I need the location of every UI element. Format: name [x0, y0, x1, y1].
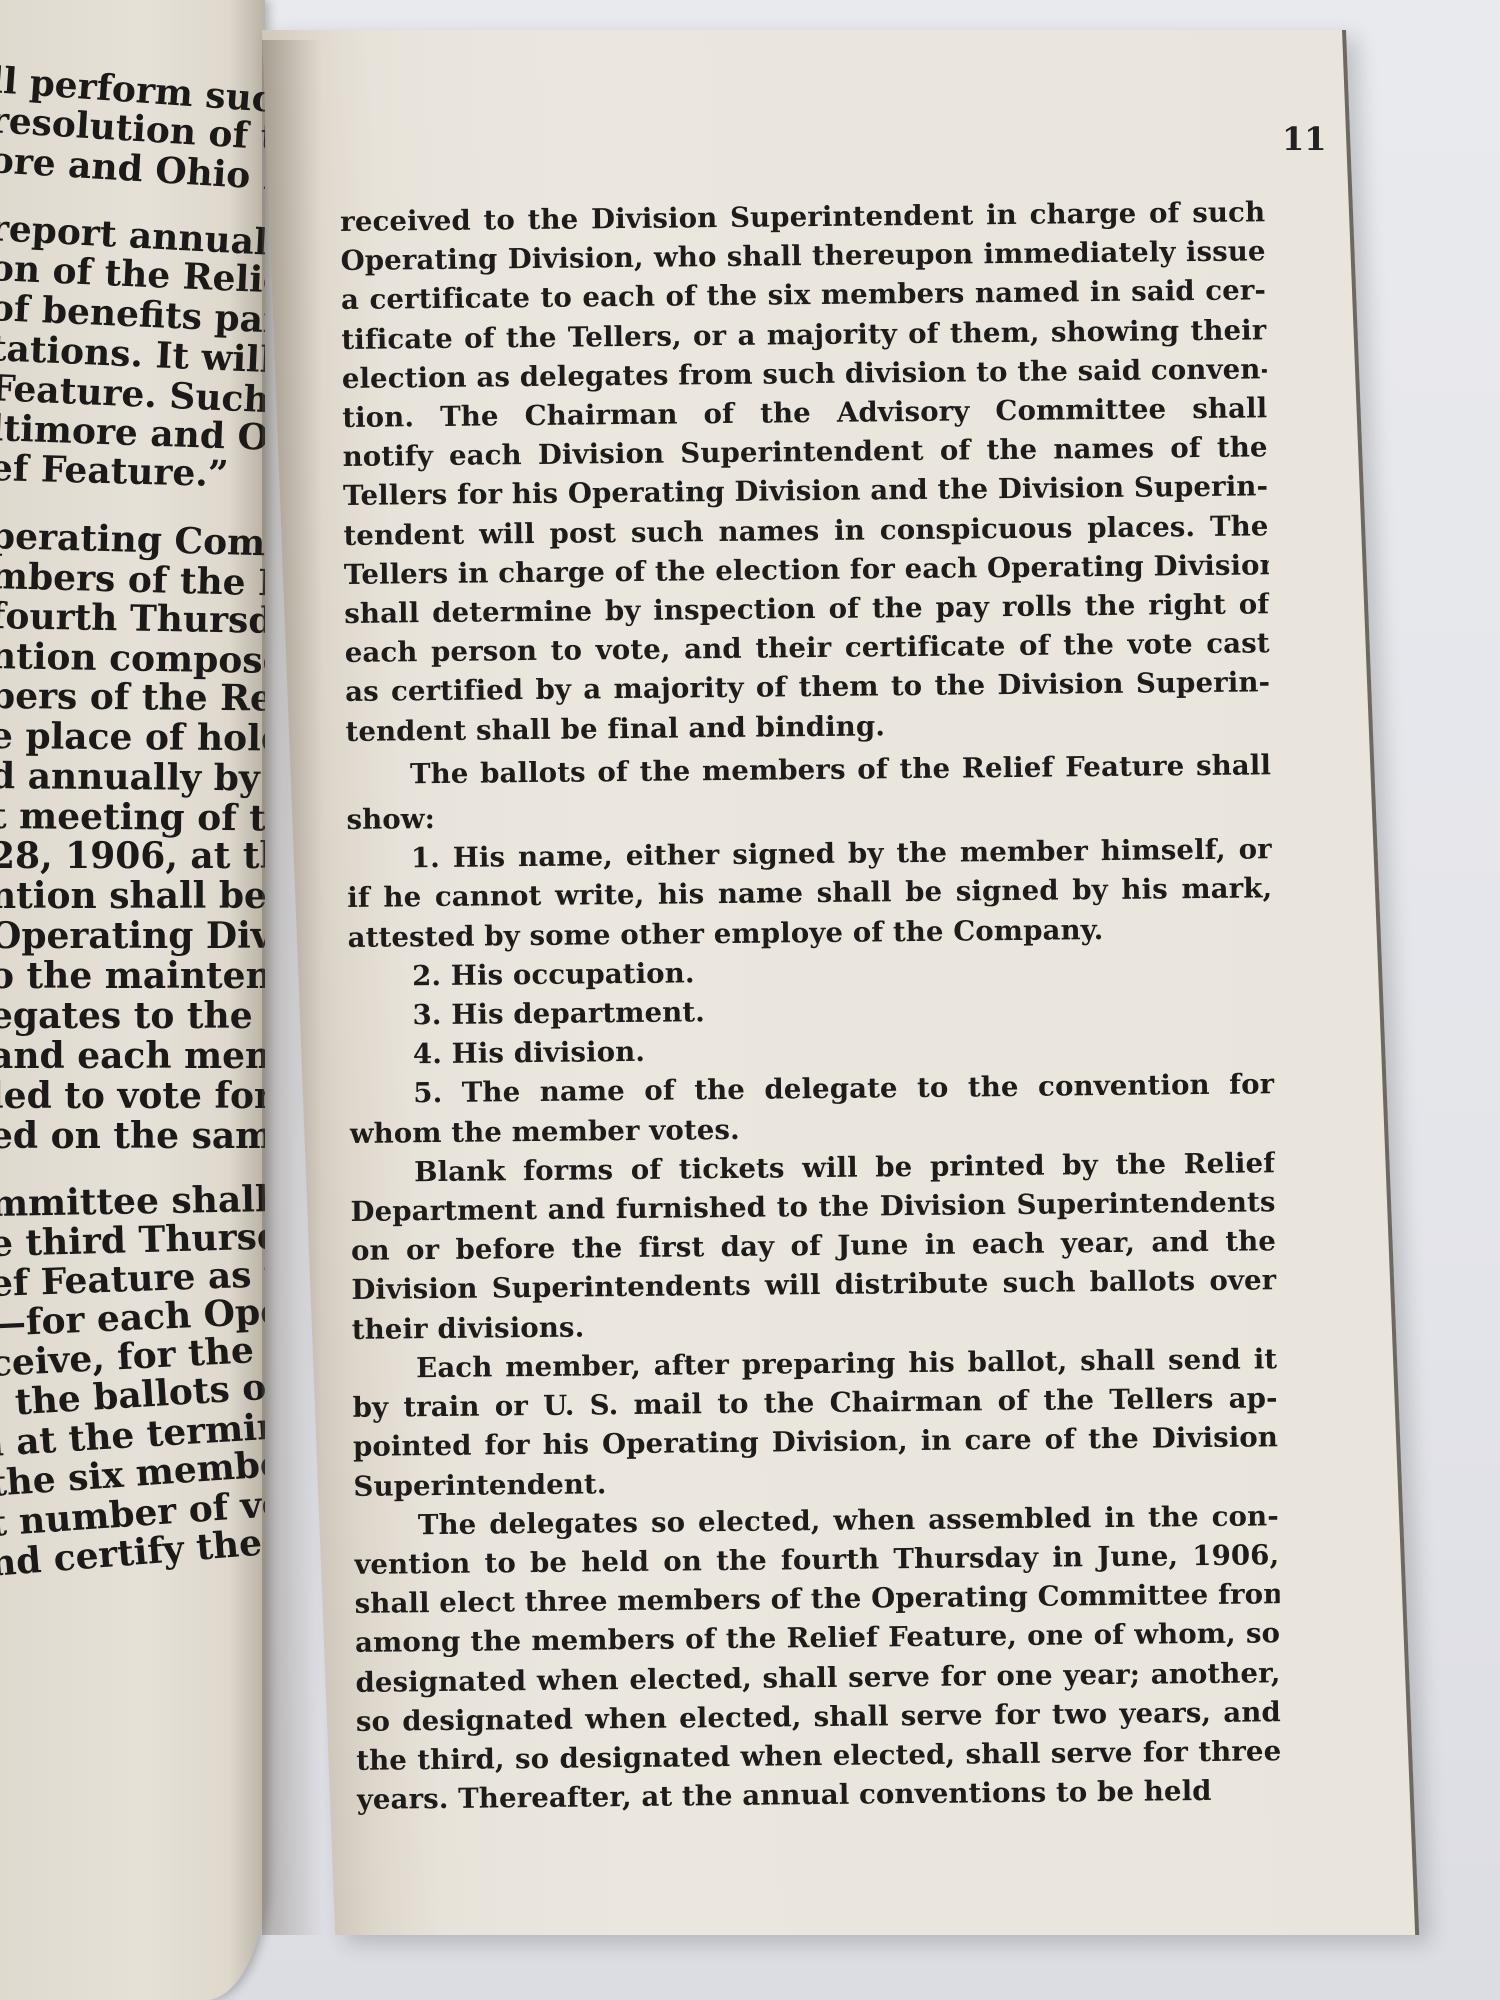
page-number: 11: [1282, 120, 1327, 158]
paragraph: Each member, after preparing his ballot,…: [352, 1339, 1279, 1505]
left-page-line: Operating Division: [0, 916, 265, 956]
paragraph: The ballots of the members of the Relief…: [346, 745, 1272, 839]
left-page-text: ll perform such otresolution of the Preo…: [0, 60, 265, 1584]
text-line: The ballots of the members of the Relief…: [346, 745, 1271, 794]
left-page: ll perform such otresolution of the Preo…: [0, 0, 265, 2000]
left-page-line: t meeting of the: [0, 796, 265, 839]
right-page-body: received to the Division Superintendent …: [340, 192, 1282, 1819]
left-page-line: d annually by the: [0, 756, 265, 799]
left-page-line: ed on the same: [0, 1116, 265, 1156]
right-page: 11 received to the Division Superintende…: [262, 30, 1419, 1935]
text-line: years. Thereafter, at the annual convent…: [357, 1770, 1282, 1819]
paragraph: The delegates so elected, when assembled…: [354, 1496, 1282, 1819]
paragraph: 1. His name, either signed by the member…: [347, 830, 1273, 957]
left-page-line: o the maintenance: [0, 956, 265, 996]
left-page-line: and each member: [0, 1036, 265, 1076]
left-page-line: ntion shall be com-: [0, 876, 265, 916]
left-page-line: e place of holding: [0, 716, 265, 759]
paragraph: Blank forms of tickets will be printed b…: [350, 1143, 1277, 1349]
left-page-line: ef Feature.”: [0, 448, 265, 497]
paragraph: received to the Division Superintendent …: [340, 192, 1271, 751]
left-page-line: led to vote for one: [0, 1076, 265, 1116]
left-page-line: egates to the con-: [0, 996, 265, 1036]
left-page-line: bers of the Relief: [0, 676, 265, 719]
left-page-line: 28, 1906, at the city: [0, 836, 265, 876]
paragraph: 5. The name of the delegate to the conve…: [349, 1065, 1275, 1153]
